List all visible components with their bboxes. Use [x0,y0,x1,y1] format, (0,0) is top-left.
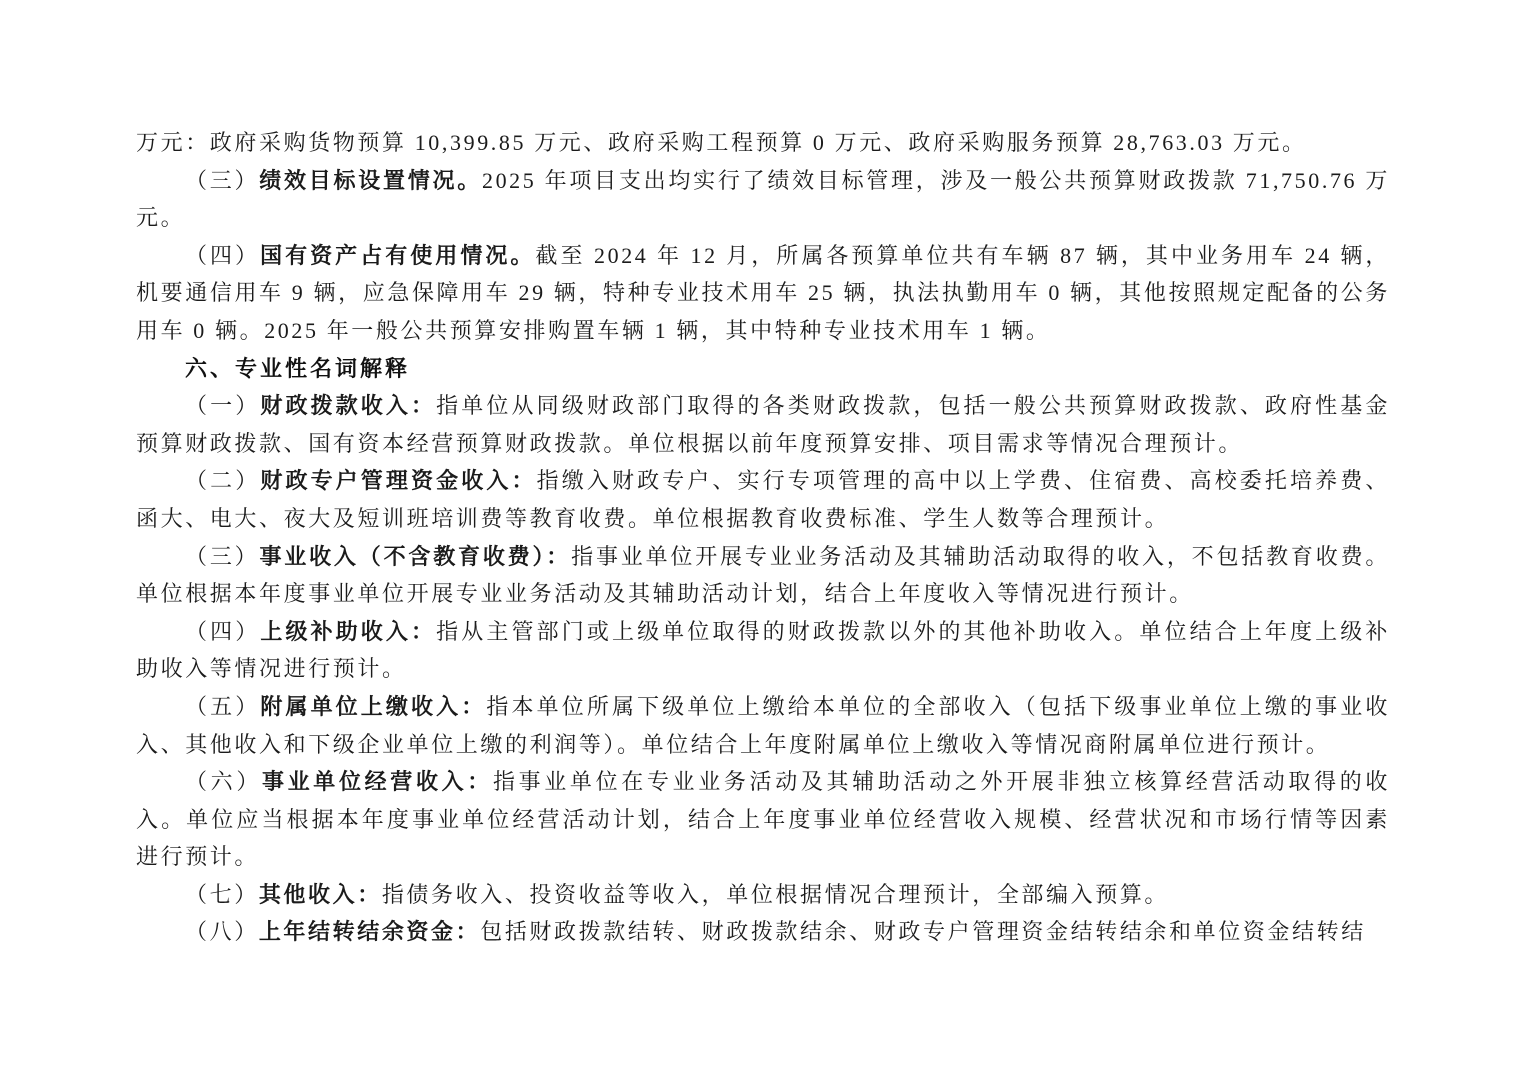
paragraph-term: 其他收入： [259,882,382,907]
paragraph-marker: （五） [185,694,260,719]
paragraph-term: 事业单位经营收入： [262,769,493,794]
paragraph-marker: （二） [185,468,260,493]
paragraph-term: 财政拨款收入： [260,393,436,418]
paragraph-text: 万元：政府采购货物预算 10,399.85 万元、政府采购工程预算 0 万元、政… [136,130,1307,155]
paragraph-procurement-totals: 万元：政府采购货物预算 10,399.85 万元、政府采购工程预算 0 万元、政… [136,124,1390,162]
paragraph-marker: （八） [185,919,259,944]
paragraph-marker: （三） [185,544,259,569]
paragraph-marker: （六） [185,769,262,794]
paragraph-term-6: （六）事业单位经营收入：指事业单位在专业业务活动及其辅助活动之外开展非独立核算经… [136,763,1390,876]
paragraph-term: 绩效目标设置情况。 [259,168,482,193]
document-page: 万元：政府采购货物预算 10,399.85 万元、政府采购工程预算 0 万元、政… [0,0,1520,1074]
section-heading-terminology: 六、专业性名词解释 [136,350,1390,388]
paragraph-term-3: （三）事业收入（不含教育收费）：指事业单位开展专业业务活动及其辅助活动取得的收入… [136,538,1390,613]
paragraph-term: 上年结转结余资金： [259,919,480,944]
paragraph-marker: （七） [185,882,259,907]
paragraph-text: 包括财政拨款结转、财政拨款结余、财政专户管理资金结转结余和单位资金结转结 [480,919,1366,944]
paragraph-term-7: （七）其他收入：指债务收入、投资收益等收入，单位根据情况合理预计，全部编入预算。 [136,876,1390,914]
paragraph-term: 事业收入（不含教育收费）： [259,544,571,569]
paragraph-term-5: （五）附属单位上缴收入：指本单位所属下级单位上缴给本单位的全部收入（包括下级事业… [136,688,1390,763]
paragraph-marker: （三） [185,168,259,193]
paragraph-marker: （四） [185,243,260,268]
paragraph-text: 指债务收入、投资收益等收入，单位根据情况合理预计，全部编入预算。 [382,882,1169,907]
paragraph-state-assets: （四）国有资产占有使用情况。截至 2024 年 12 月，所属各预算单位共有车辆… [136,237,1390,350]
document-content: 万元：政府采购货物预算 10,399.85 万元、政府采购工程预算 0 万元、政… [136,124,1390,951]
paragraph-term-2: （二）财政专户管理资金收入：指缴入财政专户、实行专项管理的高中以上学费、住宿费、… [136,462,1390,537]
paragraph-term: 上级补助收入： [260,619,436,644]
paragraph-marker: （四） [185,619,260,644]
paragraph-term-4: （四）上级补助收入：指从主管部门或上级单位取得的财政拨款以外的其他补助收入。单位… [136,613,1390,688]
paragraph-term: 附属单位上缴收入： [260,694,486,719]
paragraph-marker: （一） [185,393,260,418]
paragraph-performance-targets: （三）绩效目标设置情况。2025 年项目支出均实行了绩效目标管理，涉及一般公共预… [136,162,1390,237]
paragraph-term-8: （八）上年结转结余资金：包括财政拨款结转、财政拨款结余、财政专户管理资金结转结余… [136,913,1390,951]
paragraph-term-1: （一）财政拨款收入：指单位从同级财政部门取得的各类财政拨款，包括一般公共预算财政… [136,387,1390,462]
paragraph-term: 国有资产占有使用情况。 [260,243,535,268]
paragraph-term: 财政专户管理资金收入： [260,468,536,493]
